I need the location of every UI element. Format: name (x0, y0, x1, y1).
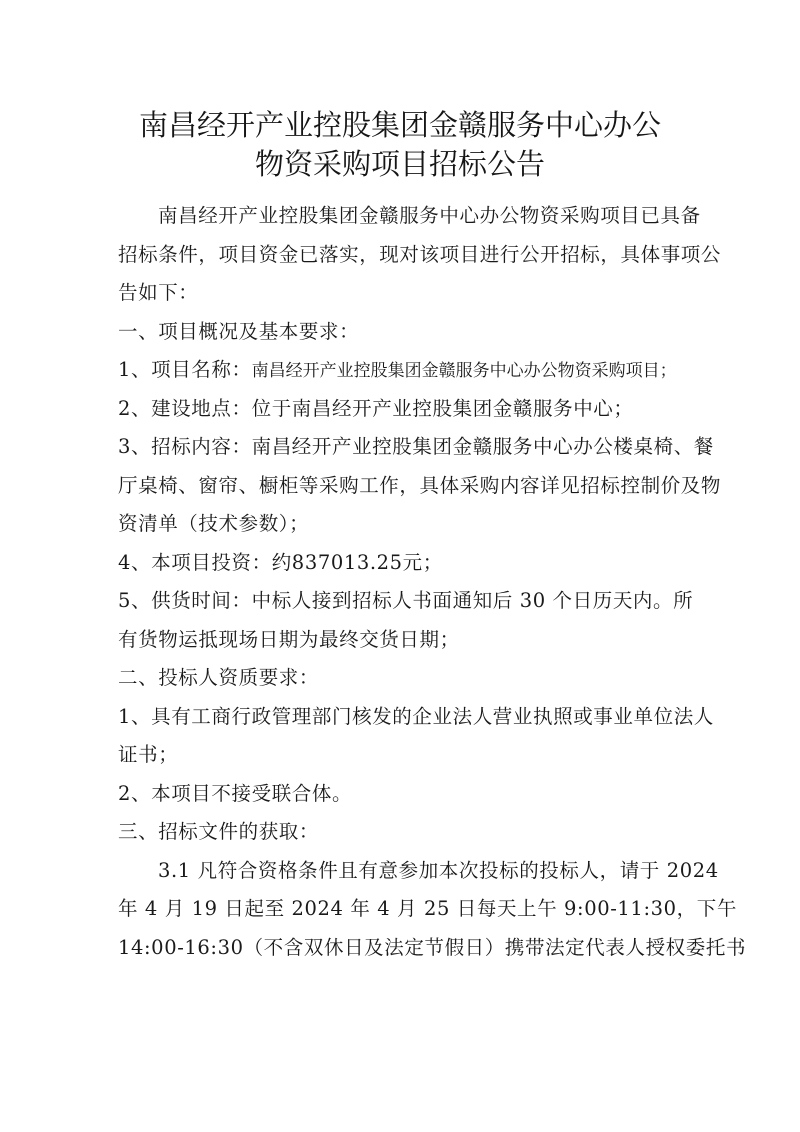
section-project-overview: 一、项目概况及基本要求： 1、项目名称：南昌经开产业控股集团金赣服务中心办公物资… (118, 313, 684, 660)
item-tender-content-line-2: 厅桌椅、窗帘、橱柜等采购工作，具体采购内容详见招标控制价及物 (118, 467, 684, 506)
item-supply-time-line-1: 5、供货时间：中标人接到招标人书面通知后 30 个日历天内。所 (118, 582, 684, 621)
item-investment: 4、本项目投资：约837013.25元； (118, 544, 684, 583)
title-line-1: 南昌经开产业控股集团金赣服务中心办公 (100, 108, 700, 147)
section-tender-documents: 三、招标文件的获取： 3.1 凡符合资格条件且有意参加本次投标的投标人，请于 2… (118, 813, 684, 967)
section-1-heading: 一、项目概况及基本要求： (118, 313, 684, 352)
item-construction-site: 2、建设地点：位于南昌经开产业控股集团金赣服务中心； (118, 390, 684, 429)
section-bidder-qualifications: 二、投标人资质要求： 1、具有工商行政管理部门核发的企业法人营业执照或事业单位法… (118, 659, 684, 813)
document-page: 南昌经开产业控股集团金赣服务中心办公 物资采购项目招标公告 南昌经开产业控股集团… (0, 0, 800, 1132)
clause-3-1-line-2: 年 4 月 19 日起至 2024 年 4 月 25 日每天上午 9:00-11… (118, 890, 684, 929)
item-tender-content-line-1: 3、招标内容：南昌经开产业控股集团金赣服务中心办公楼桌椅、餐 (118, 428, 684, 467)
intro-line-3: 告如下： (118, 274, 684, 313)
section-3-heading: 三、招标文件的获取： (118, 813, 684, 852)
clause-3-1-line-3: 14:00-16:30（不含双休日及法定节假日）携带法定代表人授权委托书 (118, 929, 684, 968)
qualification-1-line-1: 1、具有工商行政管理部门核发的企业法人营业执照或事业单位法人 (118, 698, 684, 737)
clause-3-1-line-1: 3.1 凡符合资格条件且有意参加本次投标的投标人，请于 2024 (118, 852, 684, 891)
document-title: 南昌经开产业控股集团金赣服务中心办公 物资采购项目招标公告 (100, 108, 700, 185)
item-tender-content-line-3: 资清单（技术参数）； (118, 505, 684, 544)
qualification-2: 2、本项目不接受联合体。 (118, 775, 684, 814)
intro-paragraph: 南昌经开产业控股集团金赣服务中心办公物资采购项目已具备 招标条件，项目资金已落实… (118, 197, 684, 313)
intro-line-1: 南昌经开产业控股集团金赣服务中心办公物资采购项目已具备 (118, 197, 684, 236)
item-project-name-value: 南昌经开产业控股集团金赣服务中心办公物资采购项目； (252, 361, 677, 381)
title-line-2: 物资采购项目招标公告 (100, 147, 700, 186)
document-body: 南昌经开产业控股集团金赣服务中心办公物资采购项目已具备 招标条件，项目资金已落实… (118, 197, 684, 967)
item-supply-time-line-2: 有货物运抵现场日期为最终交货日期； (118, 621, 684, 660)
section-2-heading: 二、投标人资质要求： (118, 659, 684, 698)
intro-line-2: 招标条件，项目资金已落实，现对该项目进行公开招标，具体事项公 (118, 236, 684, 275)
item-project-name: 1、项目名称：南昌经开产业控股集团金赣服务中心办公物资采购项目； (118, 351, 684, 390)
item-project-name-label: 1、项目名称： (118, 358, 252, 381)
qualification-1-line-2: 证书； (118, 736, 684, 775)
